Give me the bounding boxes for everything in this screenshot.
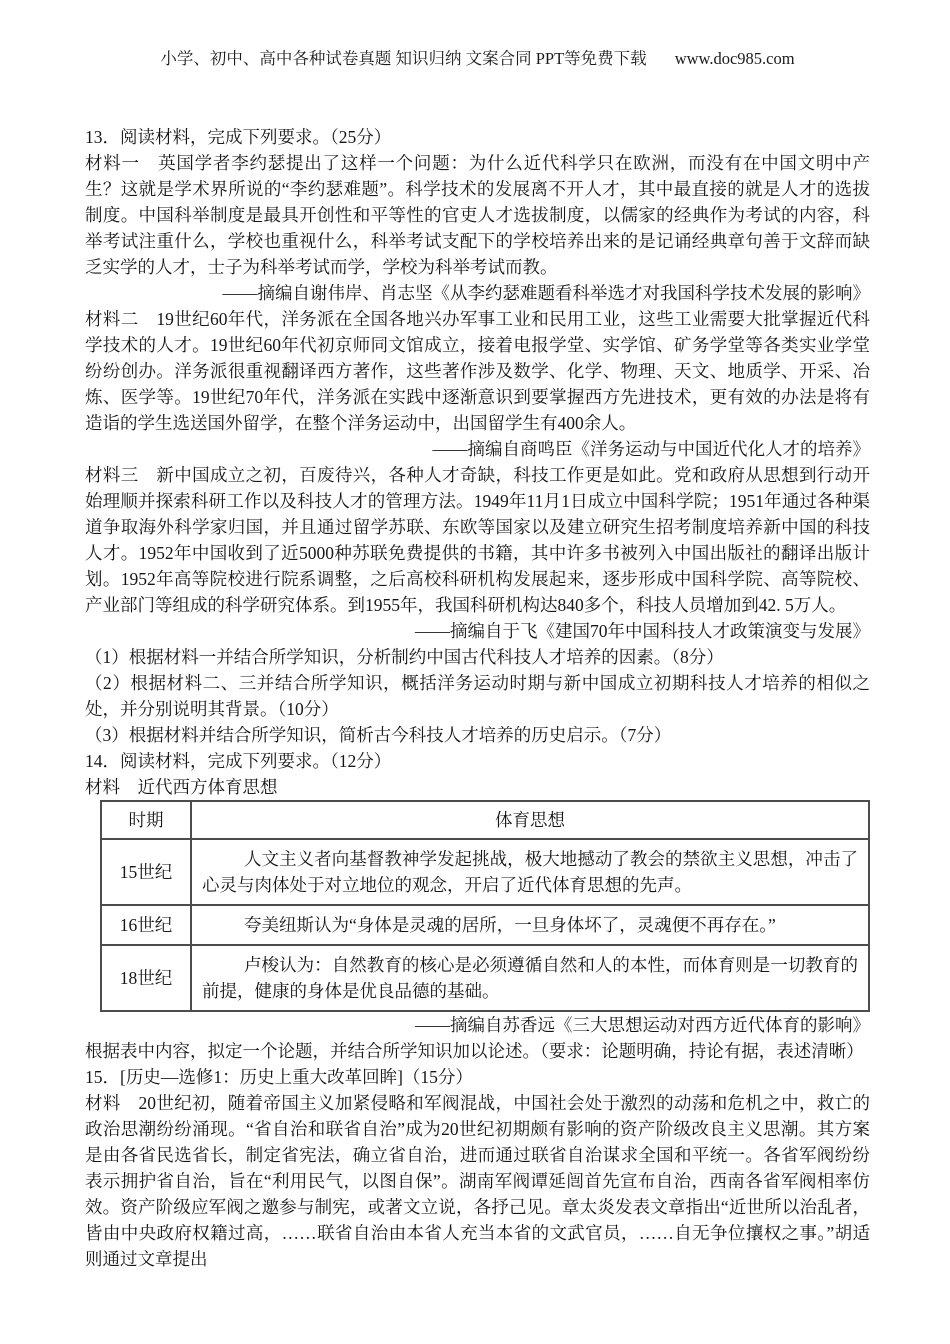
q13-subquestion-2: （2）根据材料二、三并结合所学知识，概括洋务运动时期与新中国成立初期科技人才培养… — [85, 670, 870, 722]
header-slogan: 小学、初中、高中各种试卷真题 知识归纳 文案合同 PPT等免费下载 — [160, 49, 646, 68]
q13-subquestion-3: （3）根据材料并结合所学知识，简析古今科技人才培养的历史启示。（7分） — [85, 722, 870, 748]
sports-thought-table: 时期 体育思想 15世纪 人文主义者向基督教神学发起挑战，极大地撼动了教会的禁欲… — [100, 800, 870, 1012]
question-15-title: 15．[历史—选修1：历史上重大改革回眸]（15分） — [85, 1064, 870, 1090]
q13-material-1: 材料一 英国学者李约瑟提出了这样一个问题：为什么近代科学只在欧洲，而没有在中国文… — [85, 150, 870, 280]
table-header-thought: 体育思想 — [191, 801, 869, 839]
thought-cell: 夸美纽斯认为“身体是灵魂的居所，一旦身体坏了，灵魂便不再存在。” — [191, 905, 869, 945]
q13-source-1: ——摘编自谢伟岸、肖志坚《从李约瑟难题看科举选才对我国科学技术发展的影响》 — [85, 280, 870, 306]
q15-material: 材料 20世纪初，随着帝国主义加紧侵略和军阀混战，中国社会处于激烈的动荡和危机之… — [85, 1090, 870, 1272]
table-row: 18世纪 卢梭认为：自然教育的核心是必须遵循自然和人的本性，而体育则是一切教育的… — [101, 945, 869, 1011]
q14-source: ——摘编自苏香远《三大思想运动对西方近代体育的影响》 — [85, 1012, 870, 1038]
site-header: 小学、初中、高中各种试卷真题 知识归纳 文案合同 PPT等免费下载www.doc… — [85, 46, 870, 72]
q14-task: 根据表中内容，拟定一个论题，并结合所学知识加以论述。（要求：论题明确，持论有据，… — [85, 1038, 870, 1064]
q13-source-3: ——摘编自于飞《建国70年中国科技人才政策演变与发展》 — [85, 618, 870, 644]
period-cell: 16世纪 — [101, 905, 191, 945]
thought-cell: 人文主义者向基督教神学发起挑战，极大地撼动了教会的禁欲主义思想，冲击了心灵与肉体… — [191, 839, 869, 905]
q13-subquestion-1: （1）根据材料一并结合所学知识，分析制约中国古代科技人才培养的因素。（8分） — [85, 644, 870, 670]
q13-material-3: 材料三 新中国成立之初，百废待兴，各种人才奇缺，科技工作更是如此。党和政府从思想… — [85, 462, 870, 618]
q13-material-2: 材料二 19世纪60年代，洋务派在全国各地兴办军事工业和民用工业，这些工业需要大… — [85, 306, 870, 436]
question-13-title: 13．阅读材料，完成下列要求。（25分） — [85, 124, 870, 150]
table-header-row: 时期 体育思想 — [101, 801, 869, 839]
period-cell: 15世纪 — [101, 839, 191, 905]
thought-cell: 卢梭认为：自然教育的核心是必须遵循自然和人的本性，而体育则是一切教育的前提，健康… — [191, 945, 869, 1011]
exam-page: 小学、初中、高中各种试卷真题 知识归纳 文案合同 PPT等免费下载www.doc… — [0, 0, 950, 1344]
table-header-period: 时期 — [101, 801, 191, 839]
question-14-title: 14．阅读材料，完成下列要求。（12分） — [85, 748, 870, 774]
table-row: 15世纪 人文主义者向基督教神学发起挑战，极大地撼动了教会的禁欲主义思想，冲击了… — [101, 839, 869, 905]
q13-source-2: ——摘编自商鸣臣《洋务运动与中国近代化人才的培养》 — [85, 436, 870, 462]
q14-material-label: 材料 近代西方体育思想 — [85, 774, 870, 800]
header-url: www.doc985.com — [675, 49, 795, 68]
period-cell: 18世纪 — [101, 945, 191, 1011]
table-row: 16世纪 夸美纽斯认为“身体是灵魂的居所，一旦身体坏了，灵魂便不再存在。” — [101, 905, 869, 945]
